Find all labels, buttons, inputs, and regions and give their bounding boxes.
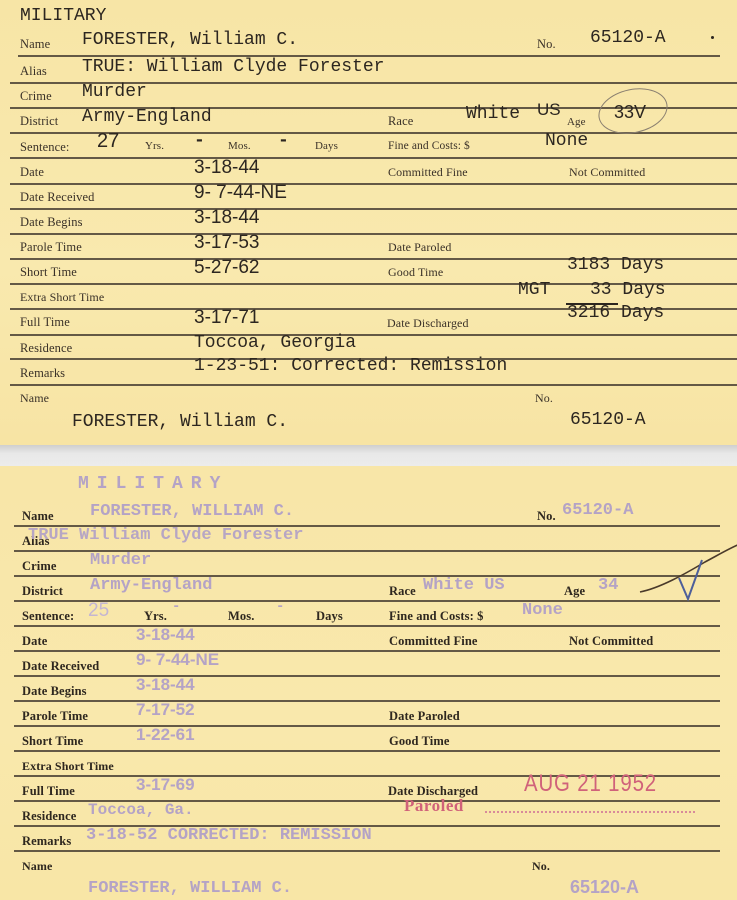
label-crime: Crime bbox=[22, 559, 57, 574]
value-sentence-days: - bbox=[278, 131, 289, 151]
value-date-begins: 3-18-44 bbox=[136, 675, 195, 695]
value-no: 65120-A bbox=[562, 501, 633, 520]
label-parole-time: Parole Time bbox=[20, 240, 82, 255]
label-full-time: Full Time bbox=[22, 784, 75, 799]
card-header: MILITARY bbox=[78, 474, 228, 494]
value-district: Army-England bbox=[82, 107, 212, 127]
label-district: District bbox=[22, 584, 63, 599]
label-yrs: Yrs. bbox=[145, 140, 164, 152]
label-footer-no: No. bbox=[535, 391, 553, 406]
label-parole-time: Parole Time bbox=[22, 709, 88, 724]
value-footer-name: FORESTER, WILLIAM C. bbox=[88, 879, 292, 898]
value-full-time: 3-17-69 bbox=[136, 775, 195, 795]
label-district: District bbox=[20, 114, 58, 129]
value-parole-time: 3-17-53 bbox=[194, 232, 260, 254]
card-separator bbox=[0, 445, 737, 466]
value-alias: TRUE: William Clyde Forester bbox=[82, 57, 384, 77]
label-short-time: Short Time bbox=[20, 265, 77, 280]
rule bbox=[14, 700, 720, 702]
label-not-committed: Not Committed bbox=[569, 634, 653, 649]
label-good-time: Good Time bbox=[389, 734, 450, 749]
stamp-date-discharged: AUG 21 1952 bbox=[524, 770, 657, 798]
label-alias: Alias bbox=[20, 64, 47, 79]
rule bbox=[10, 384, 737, 386]
rule bbox=[14, 850, 720, 852]
rule bbox=[14, 650, 720, 652]
label-crime: Crime bbox=[20, 89, 52, 104]
value-district: Army-England bbox=[90, 576, 212, 595]
paroled-dotted-line bbox=[485, 811, 695, 813]
label-residence: Residence bbox=[20, 341, 72, 356]
label-full-time: Full Time bbox=[20, 315, 70, 330]
rule bbox=[14, 600, 720, 602]
label-fine-costs: Fine and Costs: $ bbox=[389, 609, 483, 624]
rule bbox=[14, 675, 720, 677]
rule bbox=[10, 233, 737, 235]
value-full-time: 3-17-71 bbox=[194, 307, 260, 329]
record-card-bottom: MILITARY Name FORESTER, WILLIAM C. No. 6… bbox=[0, 466, 737, 900]
value-age: 34 bbox=[598, 576, 618, 595]
label-fine-costs: Fine and Costs: $ bbox=[388, 140, 470, 152]
label-date: Date bbox=[22, 634, 47, 649]
label-committed-fine: Committed Fine bbox=[388, 165, 468, 180]
value-sentence-mos: - bbox=[194, 131, 205, 151]
value-crime: Murder bbox=[82, 82, 147, 102]
rule bbox=[10, 183, 737, 185]
value-residence: Toccoa, Ga. bbox=[88, 801, 194, 819]
rule bbox=[14, 750, 720, 752]
value-race-suffix: US bbox=[537, 100, 561, 120]
value-good-time: 3183 Days bbox=[567, 255, 664, 275]
label-mos: Mos. bbox=[228, 609, 254, 624]
value-remarks: 3-18-52 CORRECTED: REMISSION bbox=[86, 826, 372, 845]
rule bbox=[14, 725, 720, 727]
value-mgt: 33 Days bbox=[590, 280, 666, 300]
value-sentence-mos: - bbox=[172, 599, 180, 615]
label-footer-name: Name bbox=[20, 391, 49, 406]
label-days: Days bbox=[315, 140, 338, 152]
label-date-received: Date Received bbox=[22, 659, 99, 674]
value-short-time: 1-22-61 bbox=[136, 725, 195, 745]
label-name: Name bbox=[22, 509, 54, 524]
value-sentence-days: - bbox=[276, 599, 284, 615]
value-no: 65120-A bbox=[590, 28, 666, 48]
value-date-received: 9- 7-44-NE bbox=[136, 650, 219, 670]
label-date-received: Date Received bbox=[20, 190, 95, 205]
label-sentence: Sentence: bbox=[22, 609, 74, 624]
value-residence: Toccoa, Georgia bbox=[194, 333, 356, 353]
label-extra-short-time: Extra Short Time bbox=[20, 290, 104, 305]
label-remarks: Remarks bbox=[20, 366, 65, 381]
label-name: Name bbox=[20, 37, 50, 52]
value-fine-costs: None bbox=[522, 601, 563, 620]
value-footer-name: FORESTER, William C. bbox=[72, 412, 288, 432]
value-sentence-yrs: 27 bbox=[97, 130, 119, 153]
value-name: FORESTER, William C. bbox=[82, 30, 298, 50]
label-yrs: Yrs. bbox=[144, 609, 167, 624]
checkmark-icon bbox=[676, 558, 706, 602]
value-race: White bbox=[466, 104, 520, 124]
label-good-time: Good Time bbox=[388, 265, 443, 280]
rule bbox=[14, 625, 720, 627]
value-date-begins: 3-18-44 bbox=[194, 207, 260, 229]
value-date: 3-18-44 bbox=[194, 157, 260, 179]
rule bbox=[10, 157, 737, 159]
label-race: Race bbox=[388, 114, 413, 129]
label-no: No. bbox=[537, 37, 556, 52]
label-short-time: Short Time bbox=[22, 734, 83, 749]
label-date-paroled: Date Paroled bbox=[388, 240, 452, 255]
label-committed-fine: Committed Fine bbox=[389, 634, 478, 649]
value-short-time: 5-27-62 bbox=[194, 257, 260, 279]
label-residence: Residence bbox=[22, 809, 76, 824]
value-date: 3-18-44 bbox=[136, 625, 195, 645]
label-age: Age bbox=[564, 584, 585, 599]
value-name: FORESTER, WILLIAM C. bbox=[90, 502, 294, 521]
label-mos: Mos. bbox=[228, 140, 251, 152]
label-sentence: Sentence: bbox=[20, 140, 70, 155]
value-footer-no: 65120-A bbox=[570, 877, 639, 898]
label-remarks: Remarks bbox=[22, 834, 71, 849]
stamp-paroled: Paroled bbox=[404, 796, 464, 816]
label-days: Days bbox=[316, 609, 343, 624]
label-no: No. bbox=[537, 509, 556, 524]
rule bbox=[10, 334, 737, 336]
label-date-discharged: Date Discharged bbox=[387, 316, 469, 331]
value-race: White US bbox=[423, 576, 505, 595]
label-footer-no: No. bbox=[532, 859, 550, 874]
label-date-paroled: Date Paroled bbox=[389, 709, 460, 724]
label-footer-name: Name bbox=[22, 859, 52, 874]
label-date: Date bbox=[20, 165, 44, 180]
value-crime: Murder bbox=[90, 551, 151, 570]
record-card-top: MILITARY Name FORESTER, William C. No. 6… bbox=[0, 0, 737, 445]
value-date-received: 9- 7-44-NE bbox=[194, 182, 287, 204]
value-footer-no: 65120-A bbox=[570, 410, 646, 430]
label-date-begins: Date Begins bbox=[20, 215, 83, 230]
label-not-committed: Not Committed bbox=[569, 165, 645, 180]
value-alias: TRUE William Clyde Forester bbox=[28, 526, 303, 545]
label-age: Age bbox=[567, 116, 586, 128]
label-race: Race bbox=[389, 584, 416, 599]
value-mgt-label: MGT bbox=[518, 280, 550, 300]
card-header: MILITARY bbox=[20, 6, 106, 26]
value-sentence-yrs: 25 bbox=[88, 600, 109, 622]
rule bbox=[10, 208, 737, 210]
value-parole-time: 7-17-52 bbox=[136, 700, 195, 720]
label-date-begins: Date Begins bbox=[22, 684, 87, 699]
value-fine-costs: None bbox=[545, 131, 588, 151]
value-remarks: 1-23-51: Corrected: Remission bbox=[194, 356, 507, 376]
dot-mark bbox=[711, 36, 714, 39]
label-extra-short-time: Extra Short Time bbox=[22, 759, 114, 774]
value-total-days: 3216 Days bbox=[567, 303, 664, 323]
